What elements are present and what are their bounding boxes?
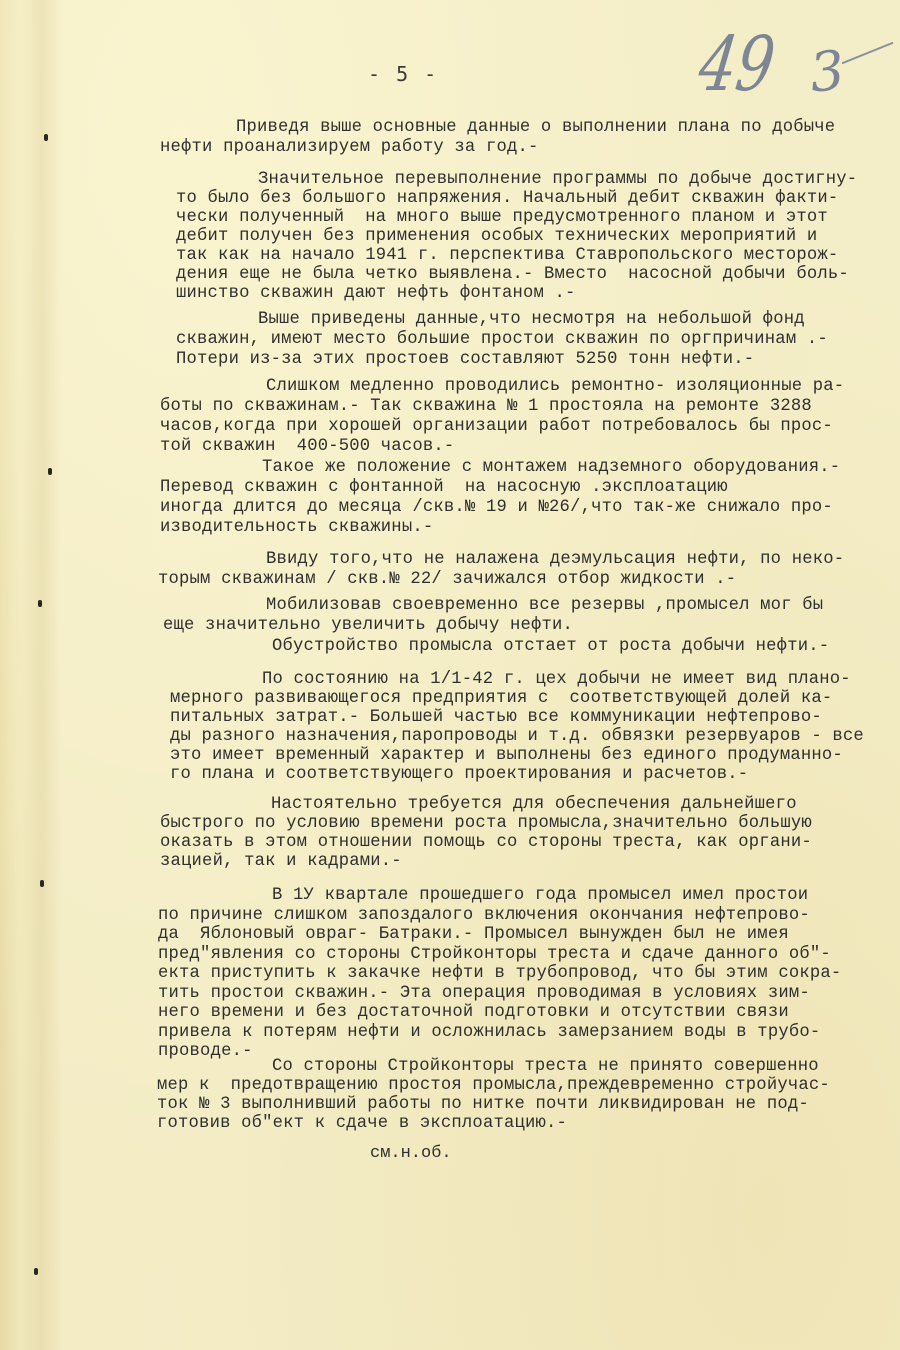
handwritten-mark: 3 bbox=[807, 38, 848, 104]
text-line: Со стороны Стройконторы треста не принят… bbox=[272, 1057, 819, 1077]
text-line: Мобилизовав своевременно все резервы ,пр… bbox=[266, 596, 823, 616]
text-line: Обустройство промысла отстает от роста д… bbox=[272, 637, 829, 657]
text-line: Такое же положение с монтажем надземного… bbox=[262, 458, 840, 478]
text-line: Настоятельно требуется для обеспечения д… bbox=[271, 795, 797, 815]
text-line: боты по скважинам.- Так скважина № 1 про… bbox=[160, 397, 812, 417]
text-line: пред"явления со стороны Стройконторы тре… bbox=[158, 945, 831, 965]
text-line: него времени и без достаточной подготовк… bbox=[158, 1003, 789, 1023]
text-line: это имеет временный характер и выполнены… bbox=[170, 746, 843, 766]
paper-fold-shadow bbox=[22, 0, 62, 1350]
text-line: мер к предотвращению простоя промысла,пр… bbox=[157, 1076, 830, 1096]
text-line: В 1У квартале прошедшего года промысел и… bbox=[272, 886, 808, 906]
text-line: нефти проанализируем работу за год.- bbox=[160, 138, 539, 158]
text-line: ток № 3 выполнивший работы по нитке почт… bbox=[157, 1095, 809, 1115]
text-line: мерного развивающегося предприятия с соо… bbox=[170, 689, 832, 709]
binding-hole bbox=[38, 600, 42, 607]
text-line: го плана и соответствующего проектирован… bbox=[170, 765, 748, 785]
text-line: Слишком медленно проводились ремонтно- и… bbox=[266, 377, 844, 397]
text-line: проводе.- bbox=[158, 1042, 253, 1062]
text-line: быстрого по условию времени роста промыс… bbox=[160, 814, 812, 834]
text-line: питальных затрат.- Большей частью все ко… bbox=[170, 708, 822, 728]
text-line: иногда длится до месяца /скв.№ 19 и №26/… bbox=[160, 498, 833, 518]
text-line: зацией, так и кадрами.- bbox=[160, 852, 402, 872]
binding-hole bbox=[48, 468, 52, 475]
text-line: Значительное перевыполнение программы по… bbox=[258, 170, 857, 190]
continued-overleaf-note: см.н.об. bbox=[370, 1144, 452, 1163]
text-line: скважин, имеют место большие простои скв… bbox=[176, 330, 828, 350]
text-line: ды разного назначения,паропроводы и т.д.… bbox=[170, 727, 864, 747]
text-line: оказать в этом отношении помощь со сторо… bbox=[160, 833, 812, 853]
text-line: так как на начало 1941 г. перспектива Ст… bbox=[176, 246, 838, 266]
text-line: по причине слишком запоздалого включения… bbox=[158, 906, 810, 926]
text-line: привела к потерям нефти и осложнилась за… bbox=[158, 1023, 820, 1043]
handwritten-stroke bbox=[842, 42, 894, 64]
text-line: Приведя выше основные данные о выполнени… bbox=[236, 118, 835, 138]
text-line: екта приступить к закачке нефти в трубоп… bbox=[158, 964, 841, 984]
handwritten-folio-number: 49 bbox=[694, 20, 780, 108]
text-line: Перевод скважин с фонтанной на насосную … bbox=[160, 478, 728, 498]
text-line: торым скважинам / скв.№ 22/ зачижался от… bbox=[158, 570, 736, 590]
binding-hole bbox=[40, 880, 44, 887]
text-line: Потери из-за этих простоев составляют 52… bbox=[176, 350, 754, 370]
text-line: дения еще не была четко выявлена.- Вмест… bbox=[176, 265, 849, 285]
document-page: - 5 - 49 3 Приведя выше основные данные … bbox=[0, 0, 900, 1350]
text-line: По состоянию на 1/1-42 г. цех добычи не … bbox=[262, 670, 851, 690]
text-line: тить простои скважин.- Эта операция пров… bbox=[158, 984, 810, 1004]
binding-hole bbox=[34, 1268, 38, 1275]
text-line: шинство скважин дают нефть фонтаном .- bbox=[176, 284, 576, 304]
binding-hole bbox=[44, 134, 48, 141]
text-line: часов,когда при хорошей организации рабо… bbox=[160, 417, 833, 437]
text-line: чески полученный на много выше предусмот… bbox=[176, 208, 828, 228]
text-line: да Яблоновый овраг- Батраки.- Промысел в… bbox=[158, 925, 789, 945]
text-line: Выше приведены данные,что несмотря на не… bbox=[258, 310, 805, 330]
text-line: Ввиду того,что не налажена деэмульсация … bbox=[266, 550, 844, 570]
page-number: - 5 - bbox=[368, 62, 438, 86]
text-line: той скважин 400-500 часов.- bbox=[160, 437, 454, 457]
text-line: дебит получен без применения особых техн… bbox=[176, 227, 817, 247]
text-line: готовив об"ект к сдаче в эксплоатацию.- bbox=[157, 1114, 567, 1134]
text-line: изводительность скважины.- bbox=[160, 518, 433, 538]
text-line: то было без большого напряжения. Начальн… bbox=[176, 189, 838, 209]
text-line: еще значительно увеличить добычу нефти. bbox=[163, 616, 573, 636]
